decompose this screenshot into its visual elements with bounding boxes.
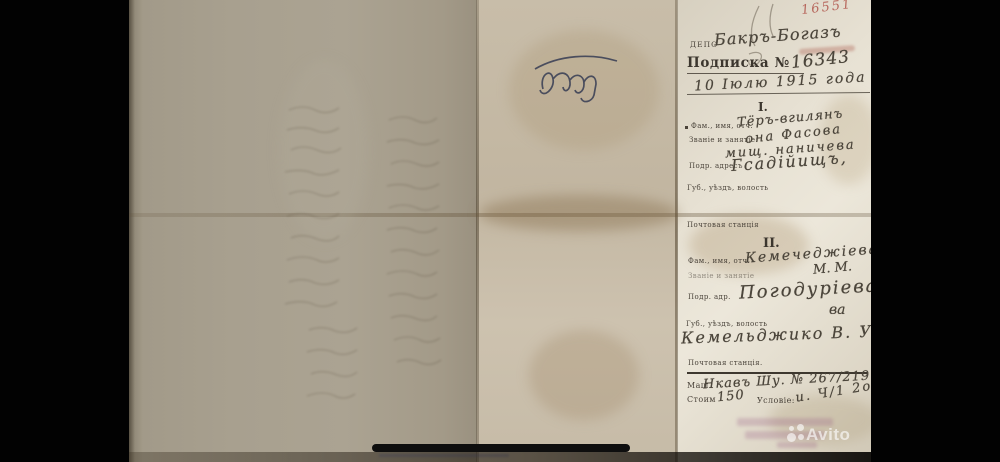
cost-label: Стоим — [687, 395, 716, 404]
document-photo: 16551 ДЕПО Бакръ-Богазъ Подписка № 16343… — [129, 0, 871, 462]
address-label-2: Подр. адр. — [688, 293, 731, 301]
ink-scribble — [529, 45, 624, 105]
bullet-mark — [685, 126, 688, 129]
home-indicator-bar[interactable] — [372, 444, 630, 452]
post-station-label-1: Почтовая станція — [687, 221, 759, 229]
vertical-fold-crease — [675, 0, 678, 462]
left-paper-edge — [129, 0, 135, 462]
post-station-label-2: Почтовая станція. — [688, 359, 763, 367]
screenshot-stage: 16551 ДЕПО Бакръ-Богазъ Подписка № 16343… — [0, 0, 1000, 462]
province-label-1: Губ., уѣздъ, волость — [687, 184, 768, 192]
subscription-label: Подписка № — [687, 55, 790, 71]
photo-bottom-shadow — [129, 452, 871, 462]
avito-watermark: Avito — [784, 420, 871, 454]
address-value-2b: ва — [829, 302, 846, 318]
occupation-label-2: Званіе и занятіе — [688, 272, 754, 280]
section-one-heading: I. — [758, 100, 768, 114]
avito-watermark-text: Avito — [806, 425, 850, 445]
bleedthrough-handwriting — [159, 90, 499, 462]
stain — [479, 195, 679, 231]
cost-value: 150 — [716, 388, 745, 406]
name-label-2: Фам., имя, отч. — [688, 257, 750, 265]
condition-label: Условіе: — [757, 396, 795, 405]
stain — [529, 330, 639, 420]
